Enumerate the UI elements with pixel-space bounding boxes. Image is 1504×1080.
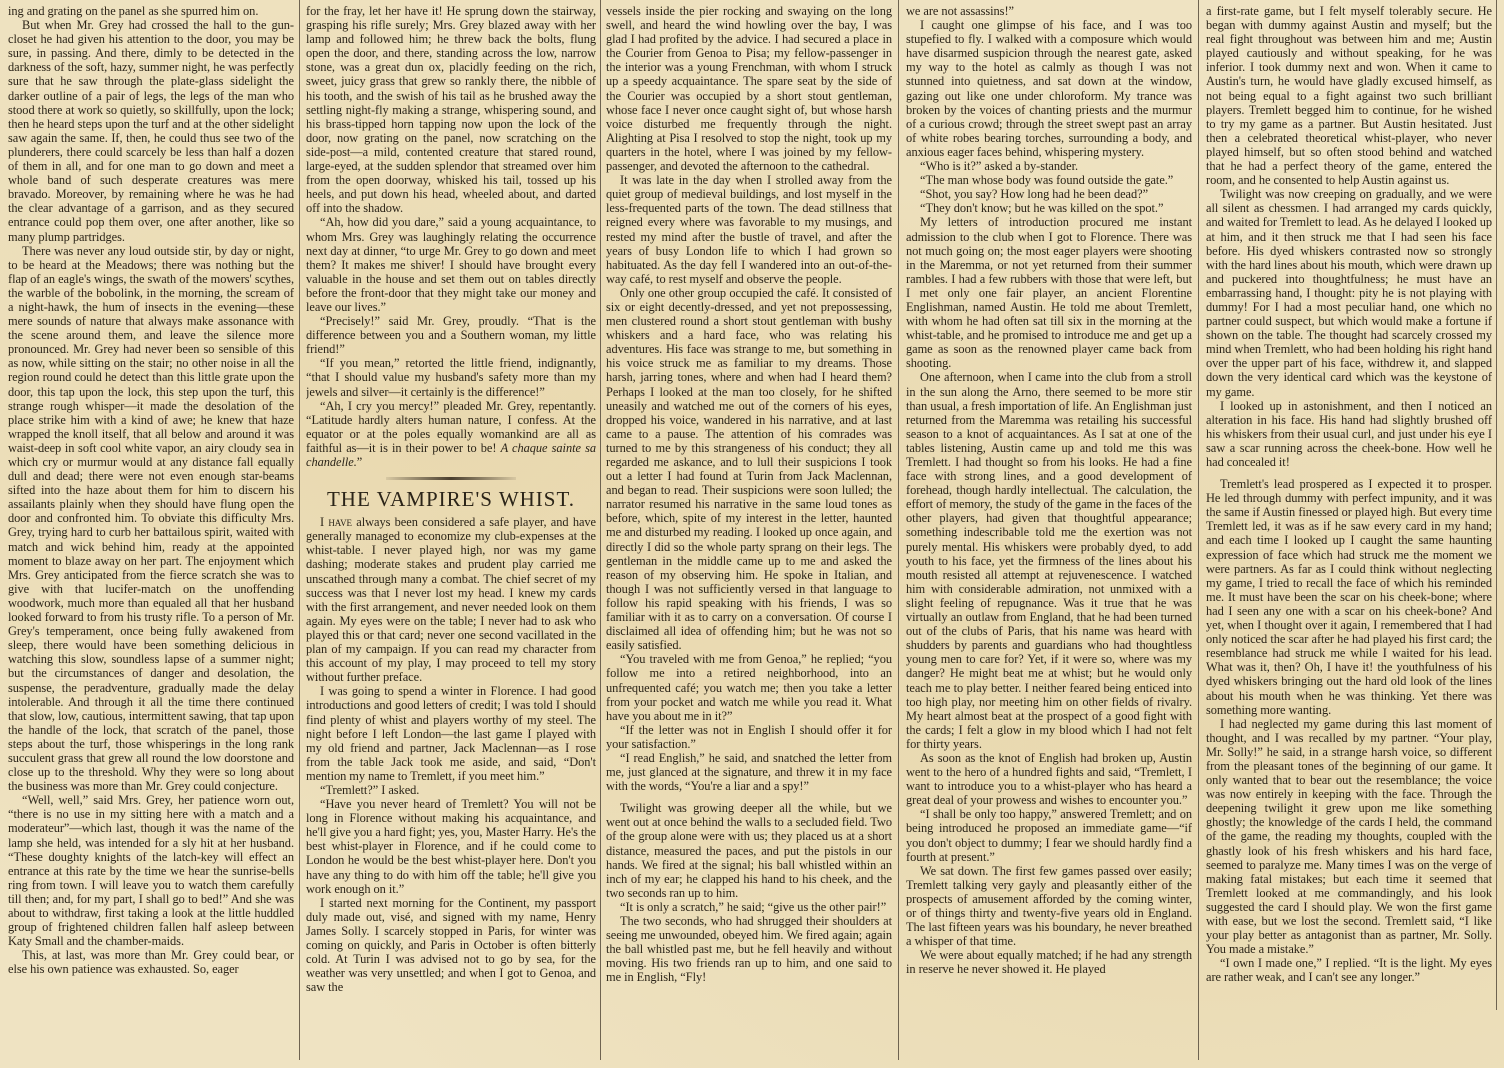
column-5: a first-rate game, but I felt myself tol… bbox=[1206, 4, 1492, 1074]
paragraph: We sat down. The first few games passed … bbox=[906, 864, 1192, 949]
paragraph: There was never any loud outside stir, b… bbox=[8, 244, 294, 794]
paragraph: It was late in the day when I strolled a… bbox=[606, 173, 892, 286]
paragraph: “It is only a scratch,” he said; “give u… bbox=[606, 900, 892, 914]
paragraph: One afternoon, when I came into the club… bbox=[906, 370, 1192, 751]
paragraph: “Well, well,” said Mrs. Grey, her patien… bbox=[8, 793, 294, 948]
column-rule bbox=[299, 0, 300, 1060]
paragraph: The two seconds, who had shrugged their … bbox=[606, 914, 892, 984]
paragraph: I started next morning for the Continent… bbox=[306, 896, 596, 995]
paragraph: We were about equally matched; if he had… bbox=[906, 948, 1192, 976]
paragraph: “I read English,” he said, and snatched … bbox=[606, 751, 892, 793]
paragraph: vessels inside the pier rocking and sway… bbox=[606, 4, 892, 173]
quote-mark: ” bbox=[357, 455, 362, 469]
paragraph: “Ah, I cry you mercy!” pleaded Mr. Grey,… bbox=[306, 399, 596, 469]
article-headline: THE VAMPIRE'S WHIST. bbox=[306, 492, 596, 506]
paragraph: Twilight was growing deeper all the whil… bbox=[606, 801, 892, 900]
paragraph: “If you mean,” retorted the little frien… bbox=[306, 356, 596, 398]
paragraph: I was going to spend a winter in Florenc… bbox=[306, 684, 596, 783]
paragraph: This, at last, was more than Mr. Grey co… bbox=[8, 948, 294, 976]
column-3: vessels inside the pier rocking and sway… bbox=[606, 4, 892, 1074]
column-rule bbox=[1198, 0, 1199, 1060]
paragraph: “If the letter was not in English I shou… bbox=[606, 723, 892, 751]
paragraph: “I shall be only too happy,” answered Tr… bbox=[906, 807, 1192, 863]
paragraph: for the fray, let her have it! He sprung… bbox=[306, 4, 596, 215]
column-rule bbox=[1496, 0, 1497, 1010]
paragraph: “I own I made one,” I replied. “It is th… bbox=[1206, 956, 1492, 984]
newspaper-page: ing and grating on the panel as she spur… bbox=[0, 0, 1504, 1080]
spacer bbox=[1206, 469, 1492, 477]
paragraph: I caught one glimpse of his face, and I … bbox=[906, 18, 1192, 159]
column-rule bbox=[600, 0, 601, 1060]
column-1: ing and grating on the panel as she spur… bbox=[8, 4, 294, 1074]
paragraph: Twilight was now creeping on gradually, … bbox=[1206, 187, 1492, 398]
paragraph: “Tremlett?” I asked. bbox=[306, 783, 596, 797]
spacer bbox=[606, 793, 892, 801]
column-2: for the fray, let her have it! He sprung… bbox=[306, 4, 596, 1074]
paragraph: Tremlett's lead prospered as I expected … bbox=[1206, 477, 1492, 717]
column-rule bbox=[898, 0, 899, 1060]
paragraph: Only one other group occupied the café. … bbox=[606, 286, 892, 652]
paragraph: a first-rate game, but I felt myself tol… bbox=[1206, 4, 1492, 187]
page-bottom-margin bbox=[0, 1068, 1504, 1080]
lead-smallcaps: I have bbox=[320, 515, 352, 529]
paragraph: ing and grating on the panel as she spur… bbox=[8, 4, 294, 18]
column-4: we are not assassins!” I caught one glim… bbox=[906, 4, 1192, 1074]
paragraph: “Precisely!” said Mr. Grey, proudly. “Th… bbox=[306, 314, 596, 356]
paragraph: But when Mr. Grey had crossed the hall t… bbox=[8, 18, 294, 244]
paragraph: “Who is it?” asked a by-stander. bbox=[906, 159, 1192, 173]
paragraph: “The man whose body was found outside th… bbox=[906, 173, 1192, 187]
paragraph: “Ah, how did you dare,” said a young acq… bbox=[306, 215, 596, 314]
paragraph: I looked up in astonishment, and then I … bbox=[1206, 399, 1492, 469]
paragraph: I had neglected my game during this last… bbox=[1206, 717, 1492, 957]
paragraph: As soon as the knot of English had broke… bbox=[906, 751, 1192, 807]
section-divider bbox=[386, 477, 516, 480]
paragraph: “They don't know; but he was killed on t… bbox=[906, 201, 1192, 215]
paragraph: “Have you never heard of Tremlett? You w… bbox=[306, 797, 596, 896]
paragraph: we are not assassins!” bbox=[906, 4, 1192, 18]
paragraph-text: always been considered a safe player, an… bbox=[306, 515, 596, 684]
paragraph: “You traveled with me from Genoa,” he re… bbox=[606, 652, 892, 722]
paragraph: I have always been considered a safe pla… bbox=[306, 515, 596, 684]
paragraph: “Shot, you say? How long had he been dea… bbox=[906, 187, 1192, 201]
paragraph: My letters of introduction procured me i… bbox=[906, 215, 1192, 370]
